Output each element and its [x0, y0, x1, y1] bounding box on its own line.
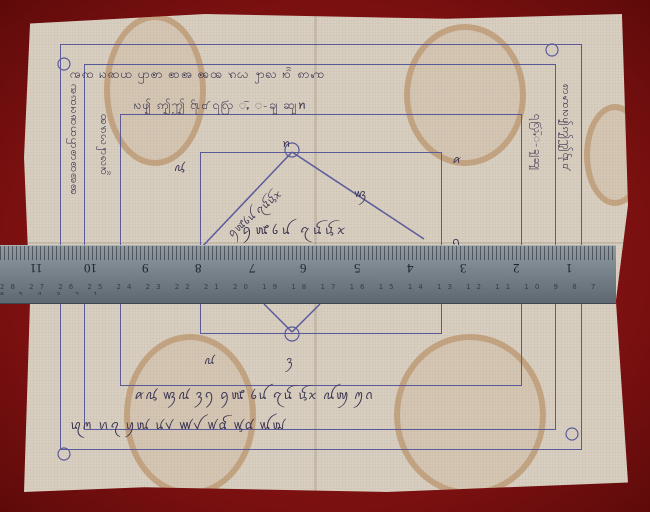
ruler-inch-label: 2 [513, 260, 520, 276]
ruler-inch-label: 3 [460, 260, 467, 276]
corner-glyph: ꪁ [452, 148, 461, 172]
ruler-inch-label: 8 [195, 260, 202, 276]
ruler-ticks [0, 246, 616, 260]
corner-glyph: ꪄ [204, 349, 215, 373]
corner-glyph: ꪃ [354, 182, 367, 206]
ruler-inch-label: 5 [354, 260, 361, 276]
ruler-inch-label: 7 [249, 260, 256, 276]
ruler-inch-label: 1 [566, 260, 573, 276]
ruler-inch-label: 4 [407, 260, 414, 276]
steel-ruler: 11 10 9 8 7 6 5 4 3 2 1 28 27 26 25 24 2… [0, 245, 616, 304]
ruler-inch-label: 11 [30, 260, 43, 276]
corner-glyph: ꪂ [174, 156, 185, 180]
ruler-inch-label: 6 [300, 260, 307, 276]
ruler-cm-scale: 28 27 26 25 24 23 22 21 20 19 18 17 16 1… [0, 283, 616, 295]
corner-glyph: ꪀ [282, 132, 290, 156]
center-glyphs: ꪇꪈꪉꪊ ꪋꪌꪍꪎ [242, 219, 348, 244]
corner-glyph: ꪅ [286, 349, 293, 373]
ruler-inch-label: 10 [84, 260, 97, 276]
ruler-inch-label: 9 [142, 260, 149, 276]
